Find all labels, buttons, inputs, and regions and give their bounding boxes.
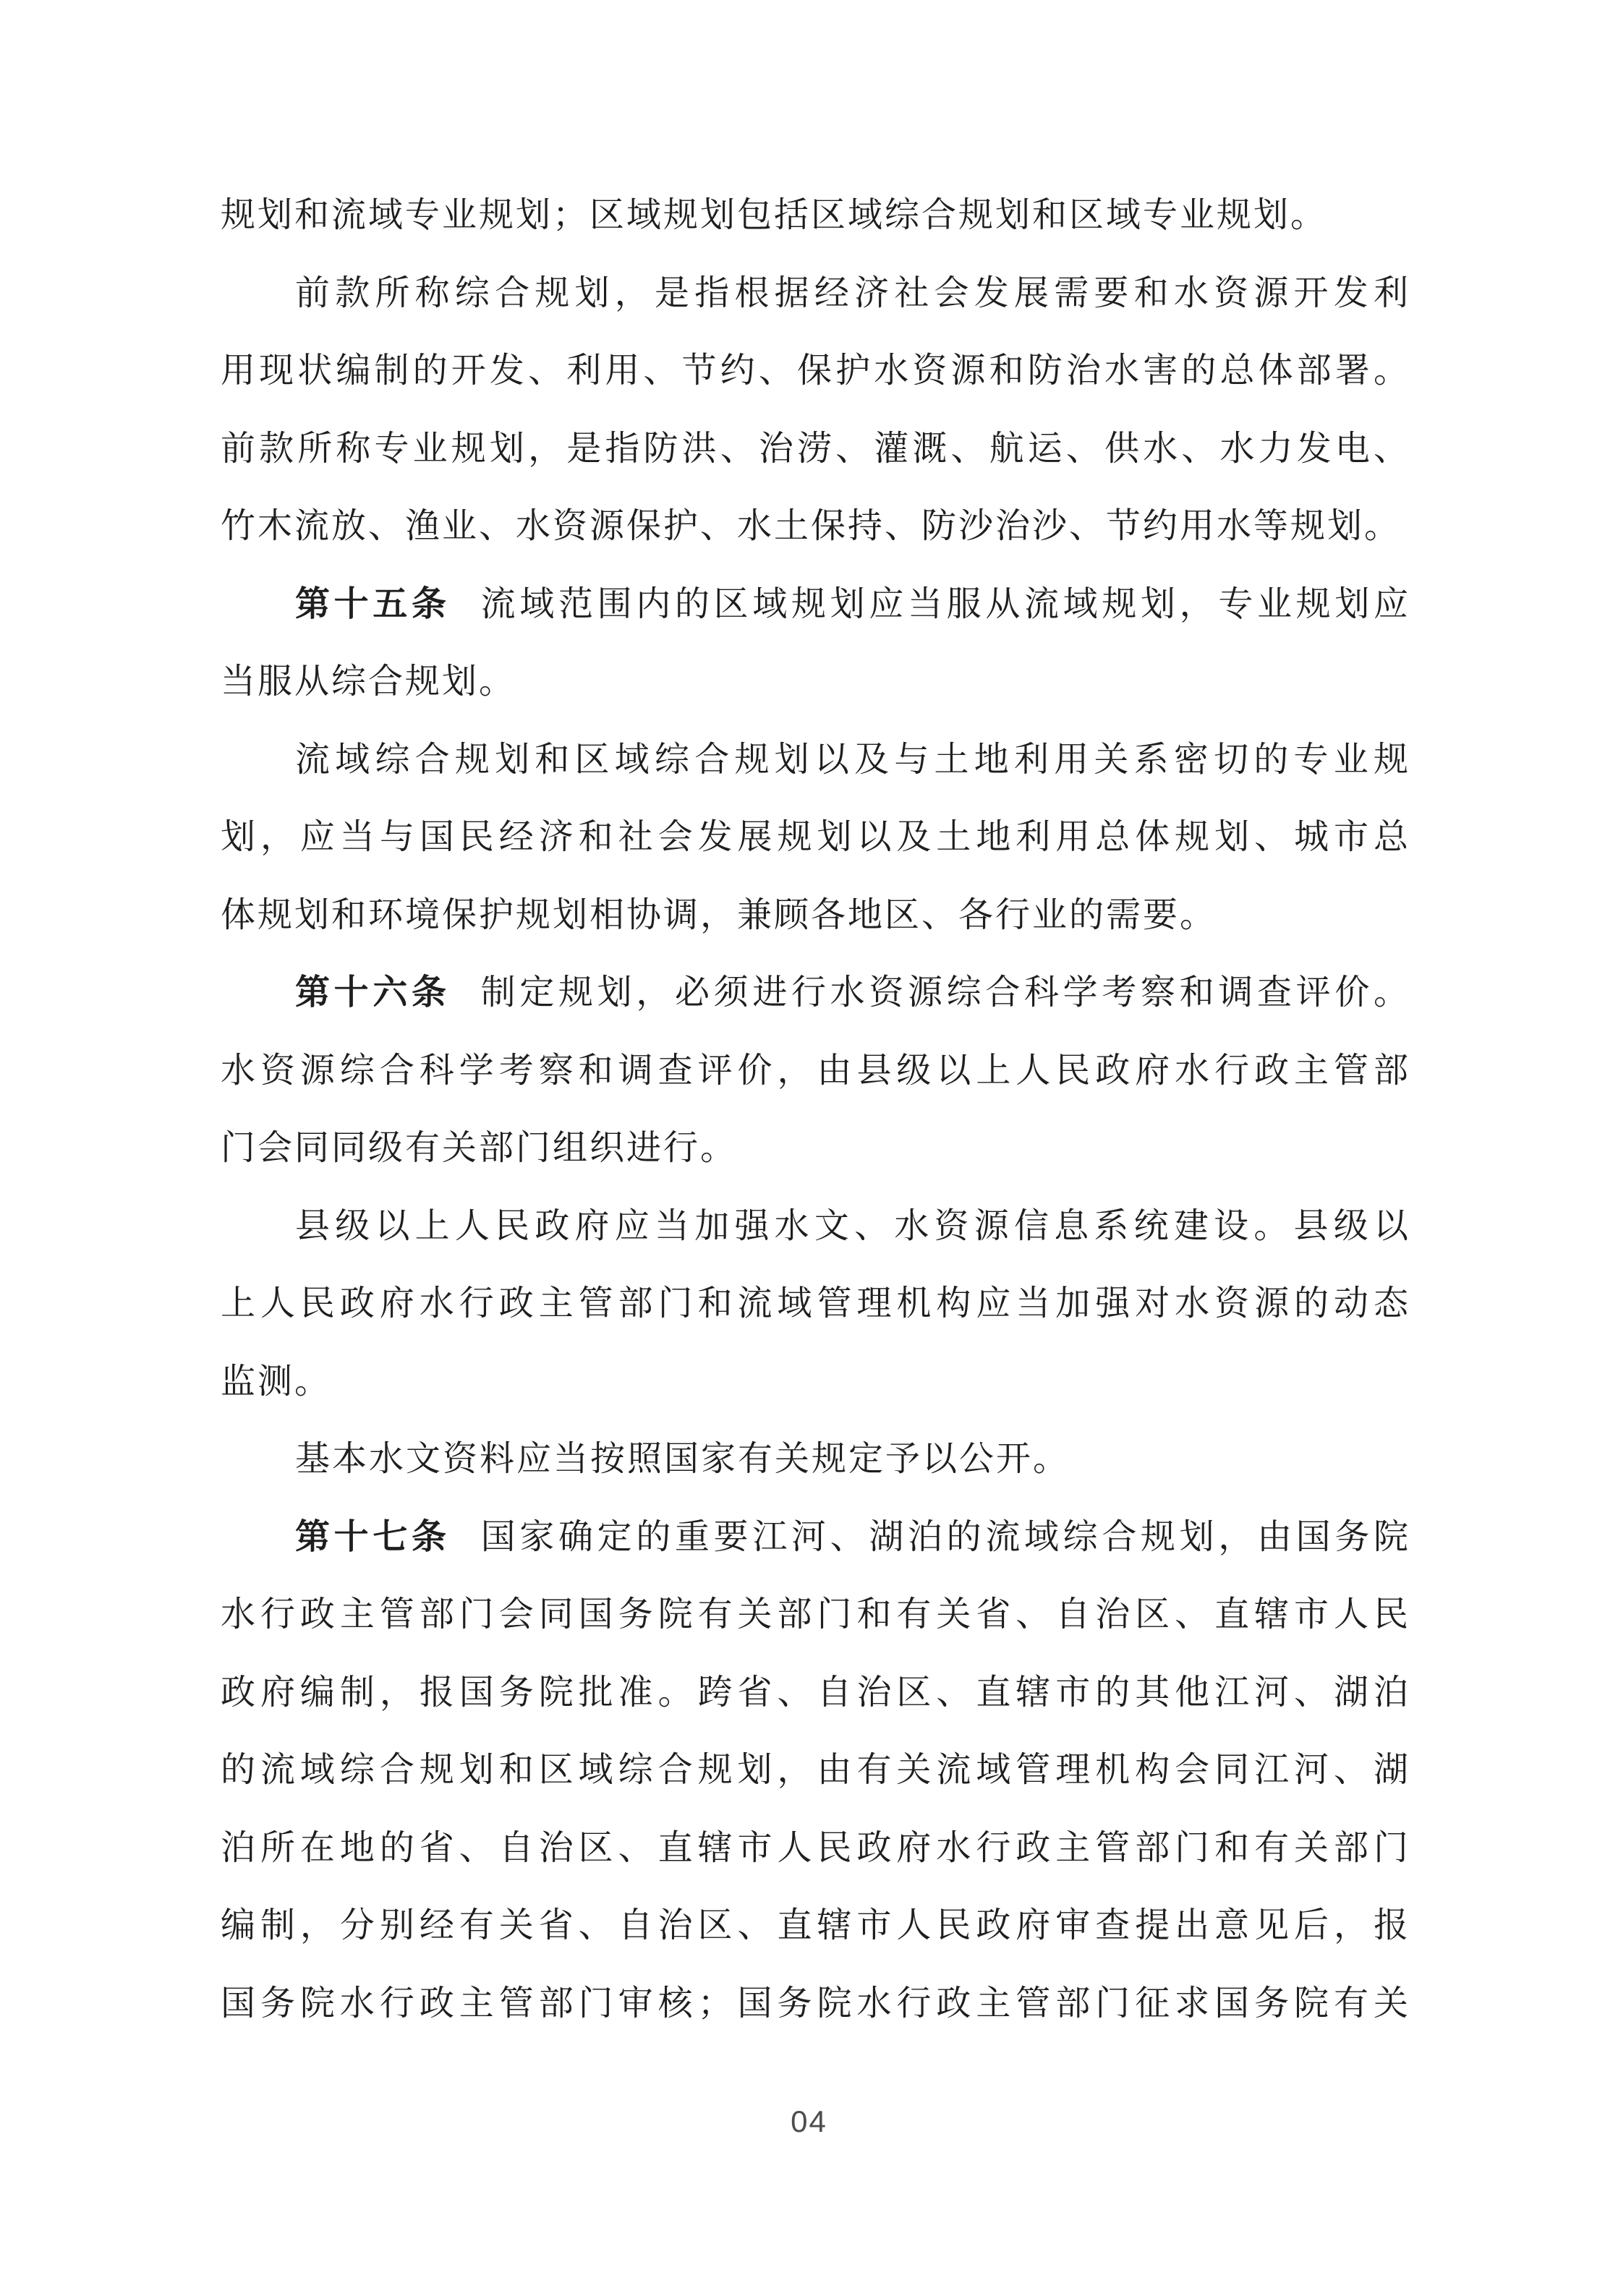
text-line: 当服从综合规划。 xyxy=(221,643,1410,721)
line-text: 流域范围内的区域规划应当服从流域规划，专业规划应 xyxy=(481,585,1410,623)
text-line: 上人民政府水行政主管部门和流域管理机构应当加强对水资源的动态 xyxy=(221,1265,1410,1343)
article-number: 第十七条 xyxy=(295,1518,451,1556)
line-text: 前款所称综合规划，是指根据经济社会发展需要和水资源开发利 xyxy=(295,274,1410,312)
article-number: 第十六条 xyxy=(295,973,451,1012)
text-line: 水行政主管部门会同国务院有关部门和有关省、自治区、直辖市人民 xyxy=(221,1576,1410,1654)
text-line: 体规划和环境保护规划相协调，兼顾各地区、各行业的需要。 xyxy=(221,876,1410,955)
document-page: 规划和流域专业规划；区域规划包括区域综合规划和区域专业规划。前款所称综合规划，是… xyxy=(0,0,1618,2296)
line-text: 监测。 xyxy=(221,1362,331,1401)
text-line: 第十六条制定规划，必须进行水资源综合科学考察和调查评价。 xyxy=(221,954,1410,1032)
text-line: 水资源综合科学考察和调查评价，由县级以上人民政府水行政主管部 xyxy=(221,1032,1410,1110)
line-text: 水行政主管部门会同国务院有关部门和有关省、自治区、直辖市人民 xyxy=(221,1595,1410,1634)
text-line: 门会同同级有关部门组织进行。 xyxy=(221,1109,1410,1187)
line-text: 用现状编制的开发、利用、节约、保护水资源和防治水害的总体部署。 xyxy=(221,351,1410,390)
line-text: 编制，分别经有关省、自治区、直辖市人民政府审查提出意见后，报 xyxy=(221,1906,1410,1945)
text-line: 政府编制，报国务院批准。跨省、自治区、直辖市的其他江河、湖泊 xyxy=(221,1654,1410,1732)
line-text: 水资源综合科学考察和调查评价，由县级以上人民政府水行政主管部 xyxy=(221,1051,1410,1090)
text-line: 第十五条流域范围内的区域规划应当服从流域规划，专业规划应 xyxy=(221,566,1410,644)
text-line: 第十七条国家确定的重要江河、湖泊的流域综合规划，由国务院 xyxy=(221,1498,1410,1576)
line-text: 门会同同级有关部门组织进行。 xyxy=(221,1129,737,1167)
article-number: 第十五条 xyxy=(295,585,451,623)
text-line: 国务院水行政主管部门审核；国务院水行政主管部门征求国务院有关 xyxy=(221,1965,1410,2043)
line-text: 前款所称专业规划，是指防洪、治涝、灌溉、航运、供水、水力发电、 xyxy=(221,430,1410,468)
line-text: 的流域综合规划和区域综合规划，由有关流域管理机构会同江河、湖 xyxy=(221,1751,1410,1789)
line-text: 泊所在地的省、自治区、直辖市人民政府水行政主管部门和有关部门 xyxy=(221,1829,1410,1867)
text-line: 划，应当与国民经济和社会发展规划以及土地利用总体规划、城市总 xyxy=(221,798,1410,876)
line-text: 上人民政府水行政主管部门和流域管理机构应当加强对水资源的动态 xyxy=(221,1284,1410,1323)
text-line: 前款所称专业规划，是指防洪、治涝、灌溉、航运、供水、水力发电、 xyxy=(221,410,1410,488)
line-text: 流域综合规划和区域综合规划以及与土地利用关系密切的专业规 xyxy=(295,741,1410,779)
text-line: 规划和流域专业规划；区域规划包括区域综合规划和区域专业规划。 xyxy=(221,176,1410,255)
line-text: 当服从综合规划。 xyxy=(221,662,516,701)
text-line: 前款所称综合规划，是指根据经济社会发展需要和水资源开发利 xyxy=(221,255,1410,333)
line-text: 制定规划，必须进行水资源综合科学考察和调查评价。 xyxy=(481,973,1410,1012)
text-line: 用现状编制的开发、利用、节约、保护水资源和防治水害的总体部署。 xyxy=(221,332,1410,410)
line-text: 体规划和环境保护规划相协调，兼顾各地区、各行业的需要。 xyxy=(221,896,1217,934)
document-body: 规划和流域专业规划；区域规划包括区域综合规划和区域专业规划。前款所称综合规划，是… xyxy=(221,176,1410,2042)
line-text: 政府编制，报国务院批准。跨省、自治区、直辖市的其他江河、湖泊 xyxy=(221,1673,1410,1712)
text-line: 的流域综合规划和区域综合规划，由有关流域管理机构会同江河、湖 xyxy=(221,1731,1410,1809)
line-text: 国家确定的重要江河、湖泊的流域综合规划，由国务院 xyxy=(481,1518,1410,1556)
line-text: 国务院水行政主管部门审核；国务院水行政主管部门征求国务院有关 xyxy=(221,1984,1410,2023)
text-line: 竹木流放、渔业、水资源保护、水土保持、防沙治沙、节约用水等规划。 xyxy=(221,487,1410,566)
page-number: 04 xyxy=(0,2103,1618,2141)
line-text: 竹木流放、渔业、水资源保护、水土保持、防沙治沙、节约用水等规划。 xyxy=(221,507,1401,545)
line-text: 基本水文资料应当按照国家有关规定予以公开。 xyxy=(295,1440,1070,1478)
line-text: 规划和流域专业规划；区域规划包括区域综合规划和区域专业规划。 xyxy=(221,196,1327,234)
text-line: 监测。 xyxy=(221,1343,1410,1421)
text-line: 泊所在地的省、自治区、直辖市人民政府水行政主管部门和有关部门 xyxy=(221,1809,1410,1887)
line-text: 划，应当与国民经济和社会发展规划以及土地利用总体规划、城市总 xyxy=(221,818,1410,856)
line-text: 县级以上人民政府应当加强水文、水资源信息系统建设。县级以 xyxy=(295,1207,1410,1245)
text-line: 流域综合规划和区域综合规划以及与土地利用关系密切的专业规 xyxy=(221,721,1410,799)
text-line: 县级以上人民政府应当加强水文、水资源信息系统建设。县级以 xyxy=(221,1187,1410,1266)
text-line: 编制，分别经有关省、自治区、直辖市人民政府审查提出意见后，报 xyxy=(221,1887,1410,1965)
text-line: 基本水文资料应当按照国家有关规定予以公开。 xyxy=(221,1420,1410,1498)
